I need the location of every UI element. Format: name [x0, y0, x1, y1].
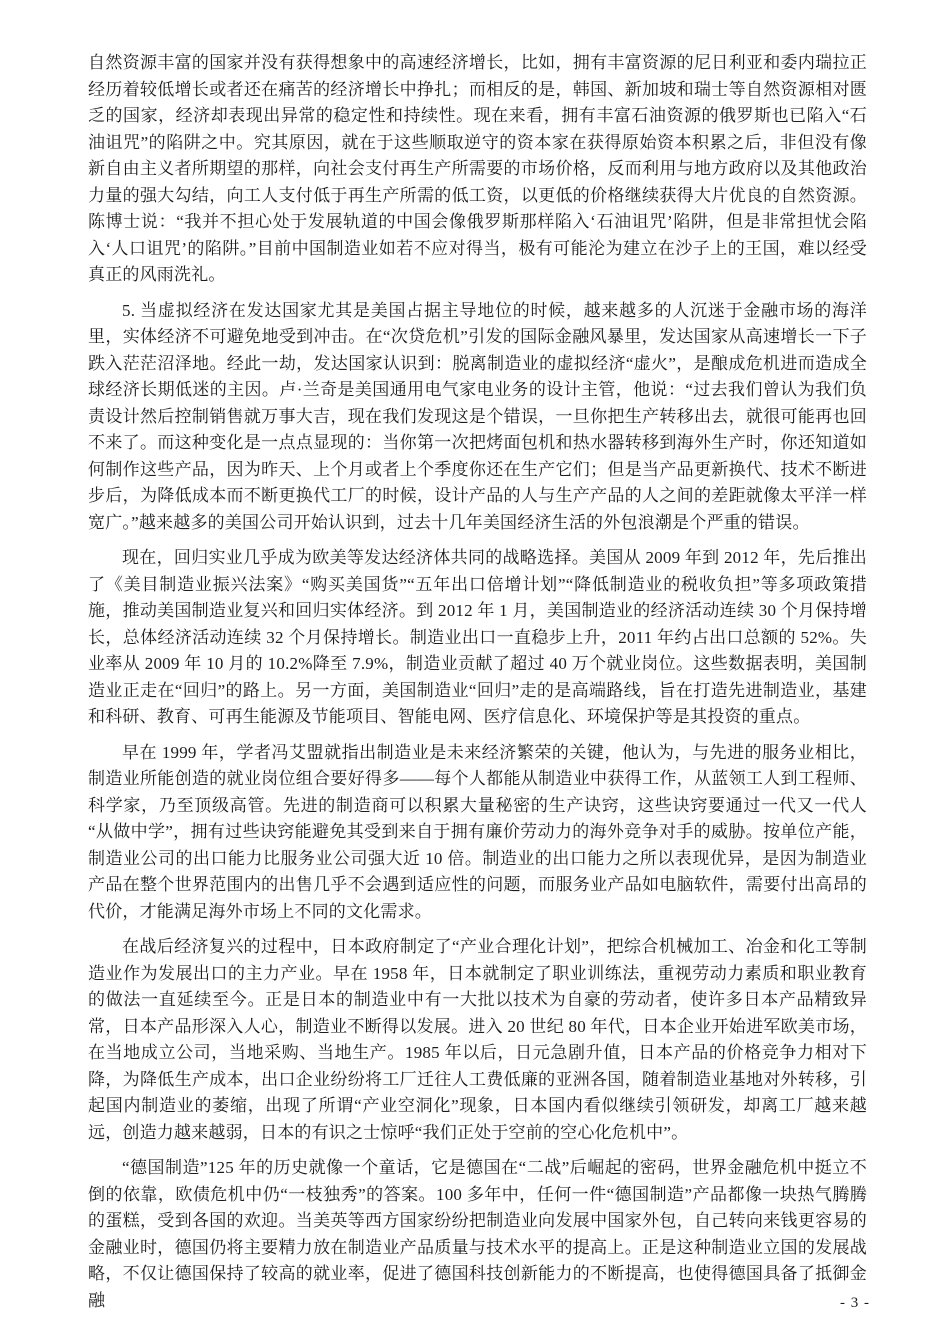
paragraph-manufacturing-key: 早在 1999 年，学者冯艾盟就指出制造业是未来经济繁荣的关键，他认为，与先进的…: [88, 740, 867, 926]
paragraph-us-return: 现在，回归实业几乎成为欧美等发达经济体共同的战略选择。美国从 2009 年到 2…: [88, 545, 867, 731]
paragraph-japan: 在战后经济复兴的过程中，日本政府制定了“产业合理化计划”，把综合机械加工、冶金和…: [88, 934, 867, 1146]
paragraph-continuation: 自然资源丰富的国家并没有获得想象中的高速经济增长，比如，拥有丰富资源的尼日利亚和…: [88, 50, 867, 289]
document-page: 自然资源丰富的国家并没有获得想象中的高速经济增长，比如，拥有丰富资源的尼日利亚和…: [0, 0, 950, 1344]
paragraph-germany: “德国制造”125 年的历史就像一个童话，它是德国在“二战”后崛起的密码，世界金…: [88, 1155, 867, 1314]
document-text-block: 自然资源丰富的国家并没有获得想象中的高速经济增长，比如，拥有丰富资源的尼日利亚和…: [88, 50, 867, 1323]
page-number: - 3 -: [840, 1295, 870, 1312]
paragraph-item-5: 5. 当虚拟经济在发达国家尤其是美国占据主导地位的时候，越来越多的人沉迷于金融市…: [88, 298, 867, 537]
